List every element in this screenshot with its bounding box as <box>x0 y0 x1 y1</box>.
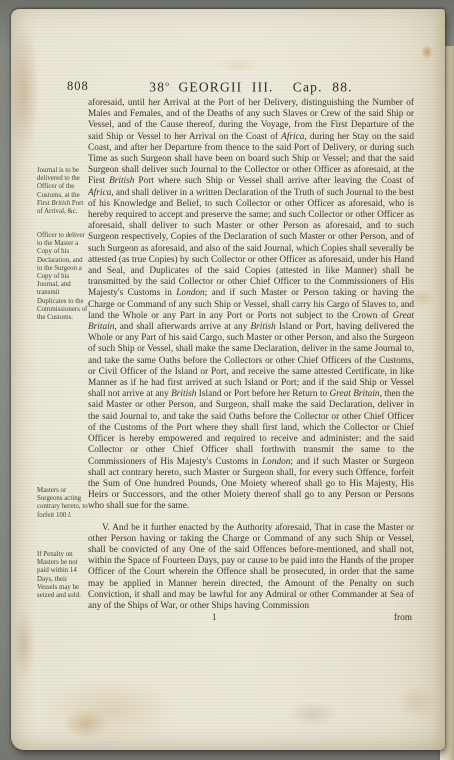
page-number: 808 <box>67 79 89 94</box>
paragraph-section-v: V. And be it further enacted by the Auth… <box>88 523 414 613</box>
margin-note-officer-copies: Officer to deliver to the Master a Copy … <box>37 232 88 322</box>
paragraph-section-iv-continuation: aforesaid, until her Arrival at the Port… <box>88 98 414 513</box>
margin-note-masters-forfeit: Masters or Surgeons acting contrary here… <box>37 487 88 520</box>
page-content: 808 38o GEORGII III. Cap. 88. aforesaid,… <box>11 9 445 750</box>
margin-note-penalty-unpaid: If Penalty on Masters be not paid within… <box>37 551 88 600</box>
book-page-photo: 808 38o GEORGII III. Cap. 88. aforesaid,… <box>0 0 454 760</box>
running-head: 38o GEORGII III. Cap. 88. <box>88 79 414 96</box>
margin-note-journal-delivery: Journal is to be delivered to the Office… <box>37 167 88 216</box>
press-figure: 1 <box>212 613 217 624</box>
footer-row: 1 from <box>88 613 414 625</box>
body-text-column: aforesaid, until her Arrival at the Port… <box>88 98 414 625</box>
catchword: from <box>394 613 412 624</box>
document-page: 808 38o GEORGII III. Cap. 88. aforesaid,… <box>11 9 445 750</box>
